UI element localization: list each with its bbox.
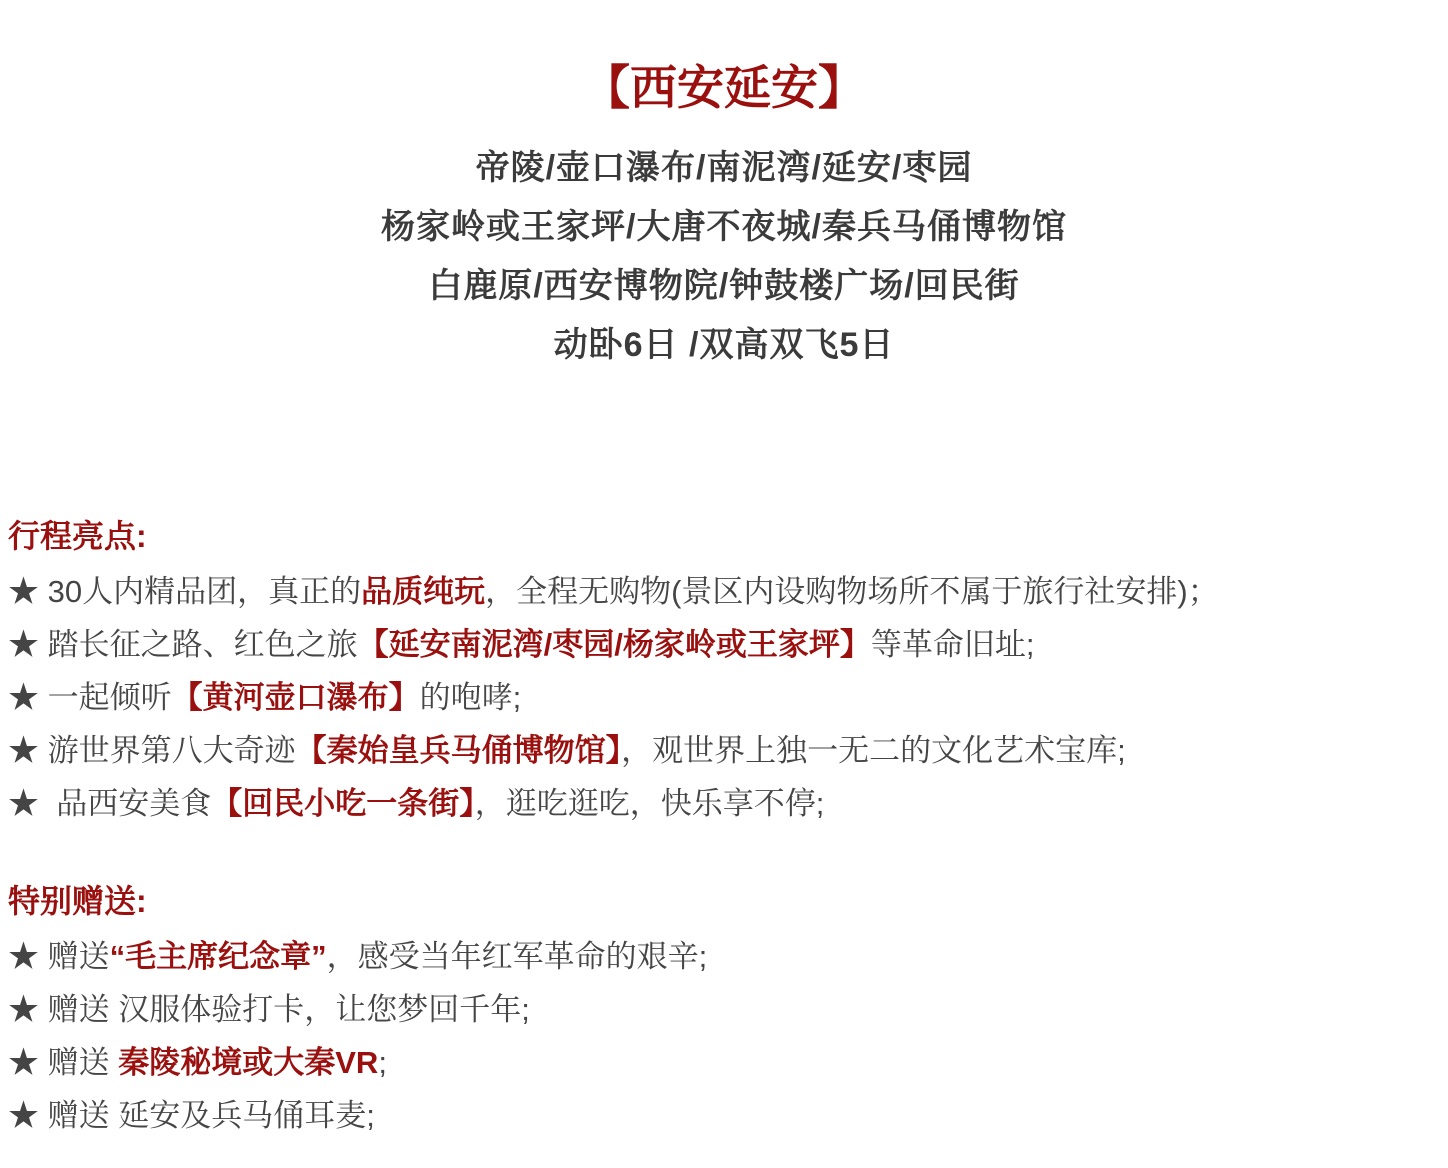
bullet-text: 的咆哮;	[420, 680, 522, 715]
bullet-item: ★ 品西安美食【回民小吃一条街】，逛吃逛吃，快乐享不停;	[8, 777, 1438, 830]
tour-document-page: 【西安延安】 帝陵/壶口瀑布/南泥湾/延安/枣园杨家岭或王家坪/大唐不夜城/秦兵…	[0, 0, 1448, 1168]
bullet-text: ，逛吃逛吃，快乐享不停;	[475, 786, 825, 821]
bullet-text: ★ 品西安美食	[8, 786, 211, 821]
content-section: 行程亮点:★ 30人内精品团，真正的品质纯玩，全程无购物(景区内设购物场所不属于…	[8, 515, 1438, 830]
bullet-item: ★ 赠送 延安及兵马俑耳麦;	[8, 1089, 1438, 1142]
bullet-text: ★ 赠送 汉服体验打卡，让您梦回千年;	[8, 992, 530, 1027]
document-header: 【西安延安】 帝陵/壶口瀑布/南泥湾/延安/枣园杨家岭或王家坪/大唐不夜城/秦兵…	[0, 0, 1448, 375]
highlight-text: 【秦始皇兵马俑博物馆】	[296, 733, 622, 768]
bullet-text: ★ 30人内精品团，真正的	[8, 574, 361, 609]
bullet-text: ，观世界上独一无二的文化艺术宝库;	[621, 733, 1126, 768]
highlight-text: 【延安南泥湾/枣园/杨家岭或王家坪】	[358, 627, 871, 662]
subtitle-block: 帝陵/壶口瀑布/南泥湾/延安/枣园杨家岭或王家坪/大唐不夜城/秦兵马俑博物馆白鹿…	[0, 139, 1448, 375]
bullet-item: ★ 赠送“毛主席纪念章”，感受当年红军革命的艰辛;	[8, 930, 1438, 983]
bullet-item: ★ 30人内精品团，真正的品质纯玩，全程无购物(景区内设购物场所不属于旅行社安排…	[8, 565, 1438, 618]
bullet-item: ★ 赠送 汉服体验打卡，让您梦回千年;	[8, 983, 1438, 1036]
bullet-text: ★ 踏长征之路、红色之旅	[8, 627, 358, 662]
subtitle-line: 动卧6日 /双高双飞5日	[0, 316, 1448, 375]
bullet-text: ，全程无购物(景区内设购物场所不属于旅行社安排)；	[485, 574, 1219, 609]
bullet-text: ★ 一起倾听	[8, 680, 172, 715]
bullet-item: ★ 赠送 秦陵秘境或大秦VR;	[8, 1036, 1438, 1089]
subtitle-line: 帝陵/壶口瀑布/南泥湾/延安/枣园	[0, 139, 1448, 198]
bullet-item: ★ 踏长征之路、红色之旅【延安南泥湾/枣园/杨家岭或王家坪】等革命旧址;	[8, 618, 1438, 671]
section-heading: 行程亮点:	[8, 515, 1438, 557]
bullet-text: ★ 赠送 延安及兵马俑耳麦;	[8, 1098, 375, 1133]
bullet-text: ★ 游世界第八大奇迹	[8, 733, 296, 768]
highlight-text: 【黄河壶口瀑布】	[172, 680, 420, 715]
highlight-text: “毛主席纪念章”	[110, 939, 327, 974]
subtitle-line: 杨家岭或王家坪/大唐不夜城/秦兵马俑博物馆	[0, 198, 1448, 257]
bullet-item: ★ 游世界第八大奇迹【秦始皇兵马俑博物馆】，观世界上独一无二的文化艺术宝库;	[8, 724, 1438, 777]
bullet-text: 等革命旧址;	[871, 627, 1035, 662]
highlight-text: 品质纯玩	[361, 574, 485, 609]
bullet-text: ;	[378, 1045, 387, 1080]
highlight-text: 【回民小吃一条街】	[211, 786, 475, 821]
bullet-item: ★ 一起倾听【黄河壶口瀑布】的咆哮;	[8, 671, 1438, 724]
bullet-text: ，感受当年红军革命的艰辛;	[327, 939, 708, 974]
bullet-text: ★ 赠送	[8, 1045, 118, 1080]
content-section: 特别赠送:★ 赠送“毛主席纪念章”，感受当年红军革命的艰辛;★ 赠送 汉服体验打…	[8, 880, 1438, 1142]
highlight-text: 秦陵秘境或大秦VR	[118, 1045, 378, 1080]
subtitle-line: 白鹿原/西安博物院/钟鼓楼广场/回民街	[0, 257, 1448, 316]
document-body: 行程亮点:★ 30人内精品团，真正的品质纯玩，全程无购物(景区内设购物场所不属于…	[0, 515, 1448, 1142]
section-heading: 特别赠送:	[8, 880, 1438, 922]
page-title: 【西安延安】	[0, 0, 1448, 116]
bullet-text: ★ 赠送	[8, 939, 110, 974]
